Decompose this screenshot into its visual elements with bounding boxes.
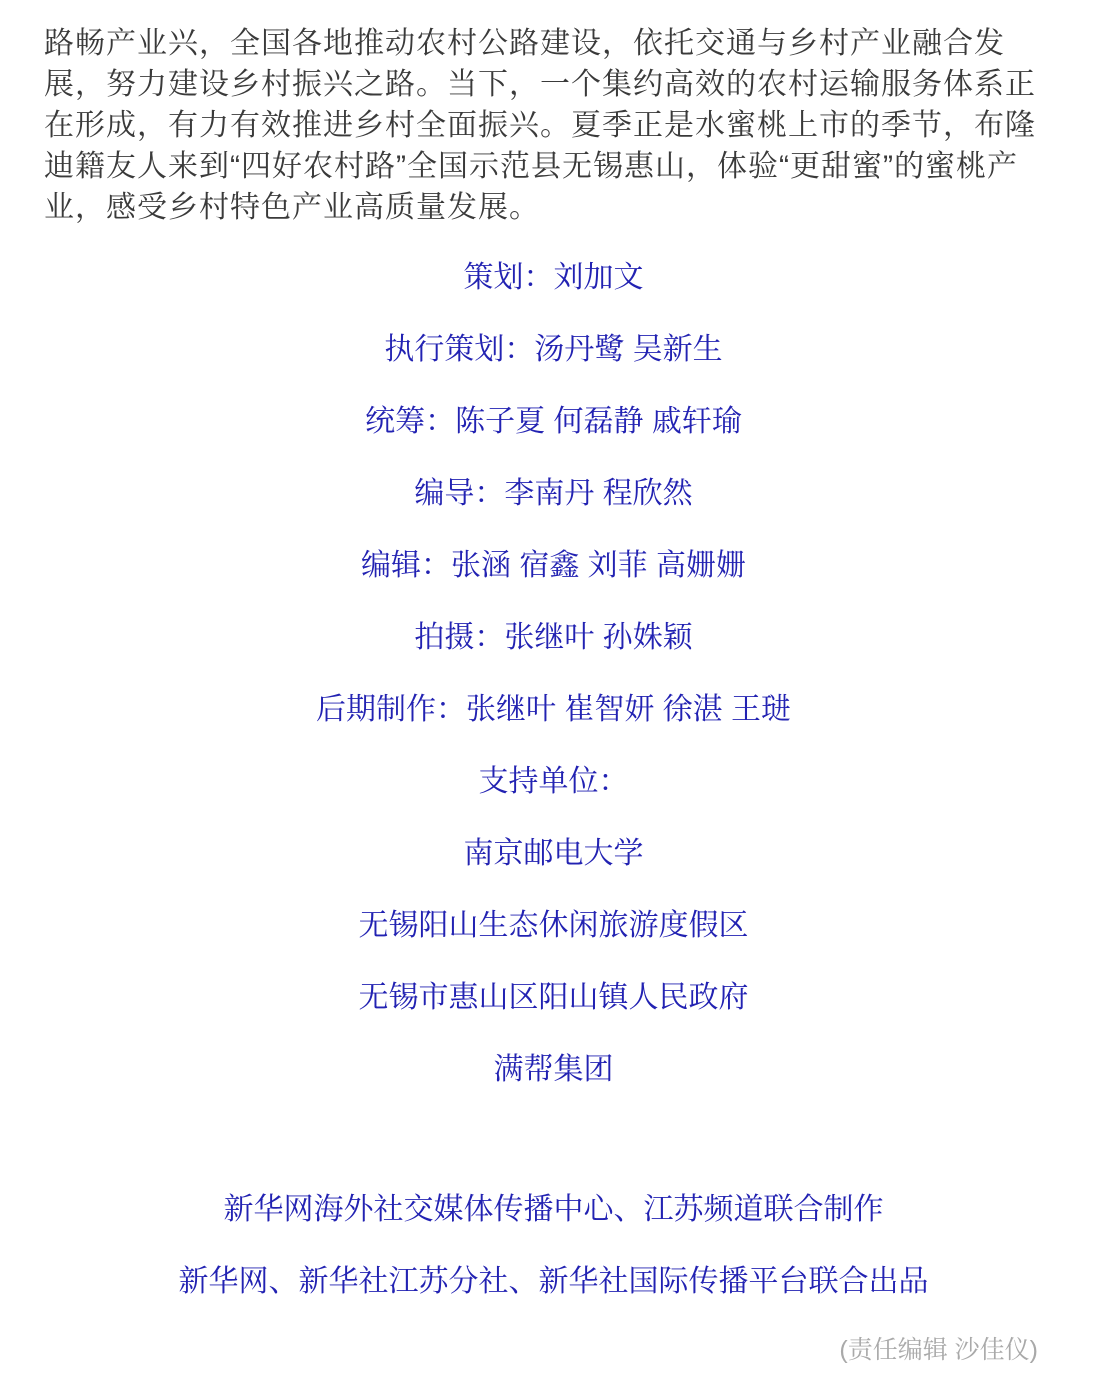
article-body: 路畅产业兴，全国各地推动农村公路建设，依托交通与乡村产业融合发展，努力建设乡村振… [0, 0, 1107, 1368]
credit-line: 拍摄：张继叶 孙姝颖 [44, 616, 1063, 660]
credit-line: 统筹：陈子夏 何磊静 戚轩瑜 [44, 400, 1063, 444]
credit-line: 后期制作：张继叶 崔智妍 徐湛 王琎 [44, 688, 1063, 732]
credit-line: 编辑：张涵 宿鑫 刘菲 高姗姗 [44, 544, 1063, 588]
credit-line: 无锡市惠山区阳山镇人民政府 [44, 976, 1063, 1020]
credit-line: 无锡阳山生态休闲旅游度假区 [44, 904, 1063, 948]
credit-line: 编导：李南丹 程欣然 [44, 472, 1063, 516]
credit-line: 执行策划：汤丹鹭 吴新生 [44, 328, 1063, 372]
production-block: 新华网海外社交媒体传播中心、江苏频道联合制作新华网、新华社江苏分社、新华社国际传… [44, 1188, 1063, 1304]
credits-block: 策划：刘加文执行策划：汤丹鹭 吴新生统筹：陈子夏 何磊静 戚轩瑜编导：李南丹 程… [44, 256, 1063, 1092]
production-line: 新华网海外社交媒体传播中心、江苏频道联合制作 [44, 1188, 1063, 1232]
credit-line: 策划：刘加文 [44, 256, 1063, 300]
production-line: 新华网、新华社江苏分社、新华社国际传播平台联合出品 [44, 1260, 1063, 1304]
article-page: 路畅产业兴，全国各地推动农村公路建设，依托交通与乡村产业融合发展，努力建设乡村振… [0, 0, 1107, 1397]
credit-line: 满帮集团 [44, 1048, 1063, 1092]
credit-line: 南京邮电大学 [44, 832, 1063, 876]
credit-line: 支持单位： [44, 760, 1063, 804]
editor-note: (责任编辑 沙佳仪) [44, 1332, 1063, 1368]
article-paragraph: 路畅产业兴，全国各地推动农村公路建设，依托交通与乡村产业融合发展，努力建设乡村振… [44, 23, 1063, 228]
